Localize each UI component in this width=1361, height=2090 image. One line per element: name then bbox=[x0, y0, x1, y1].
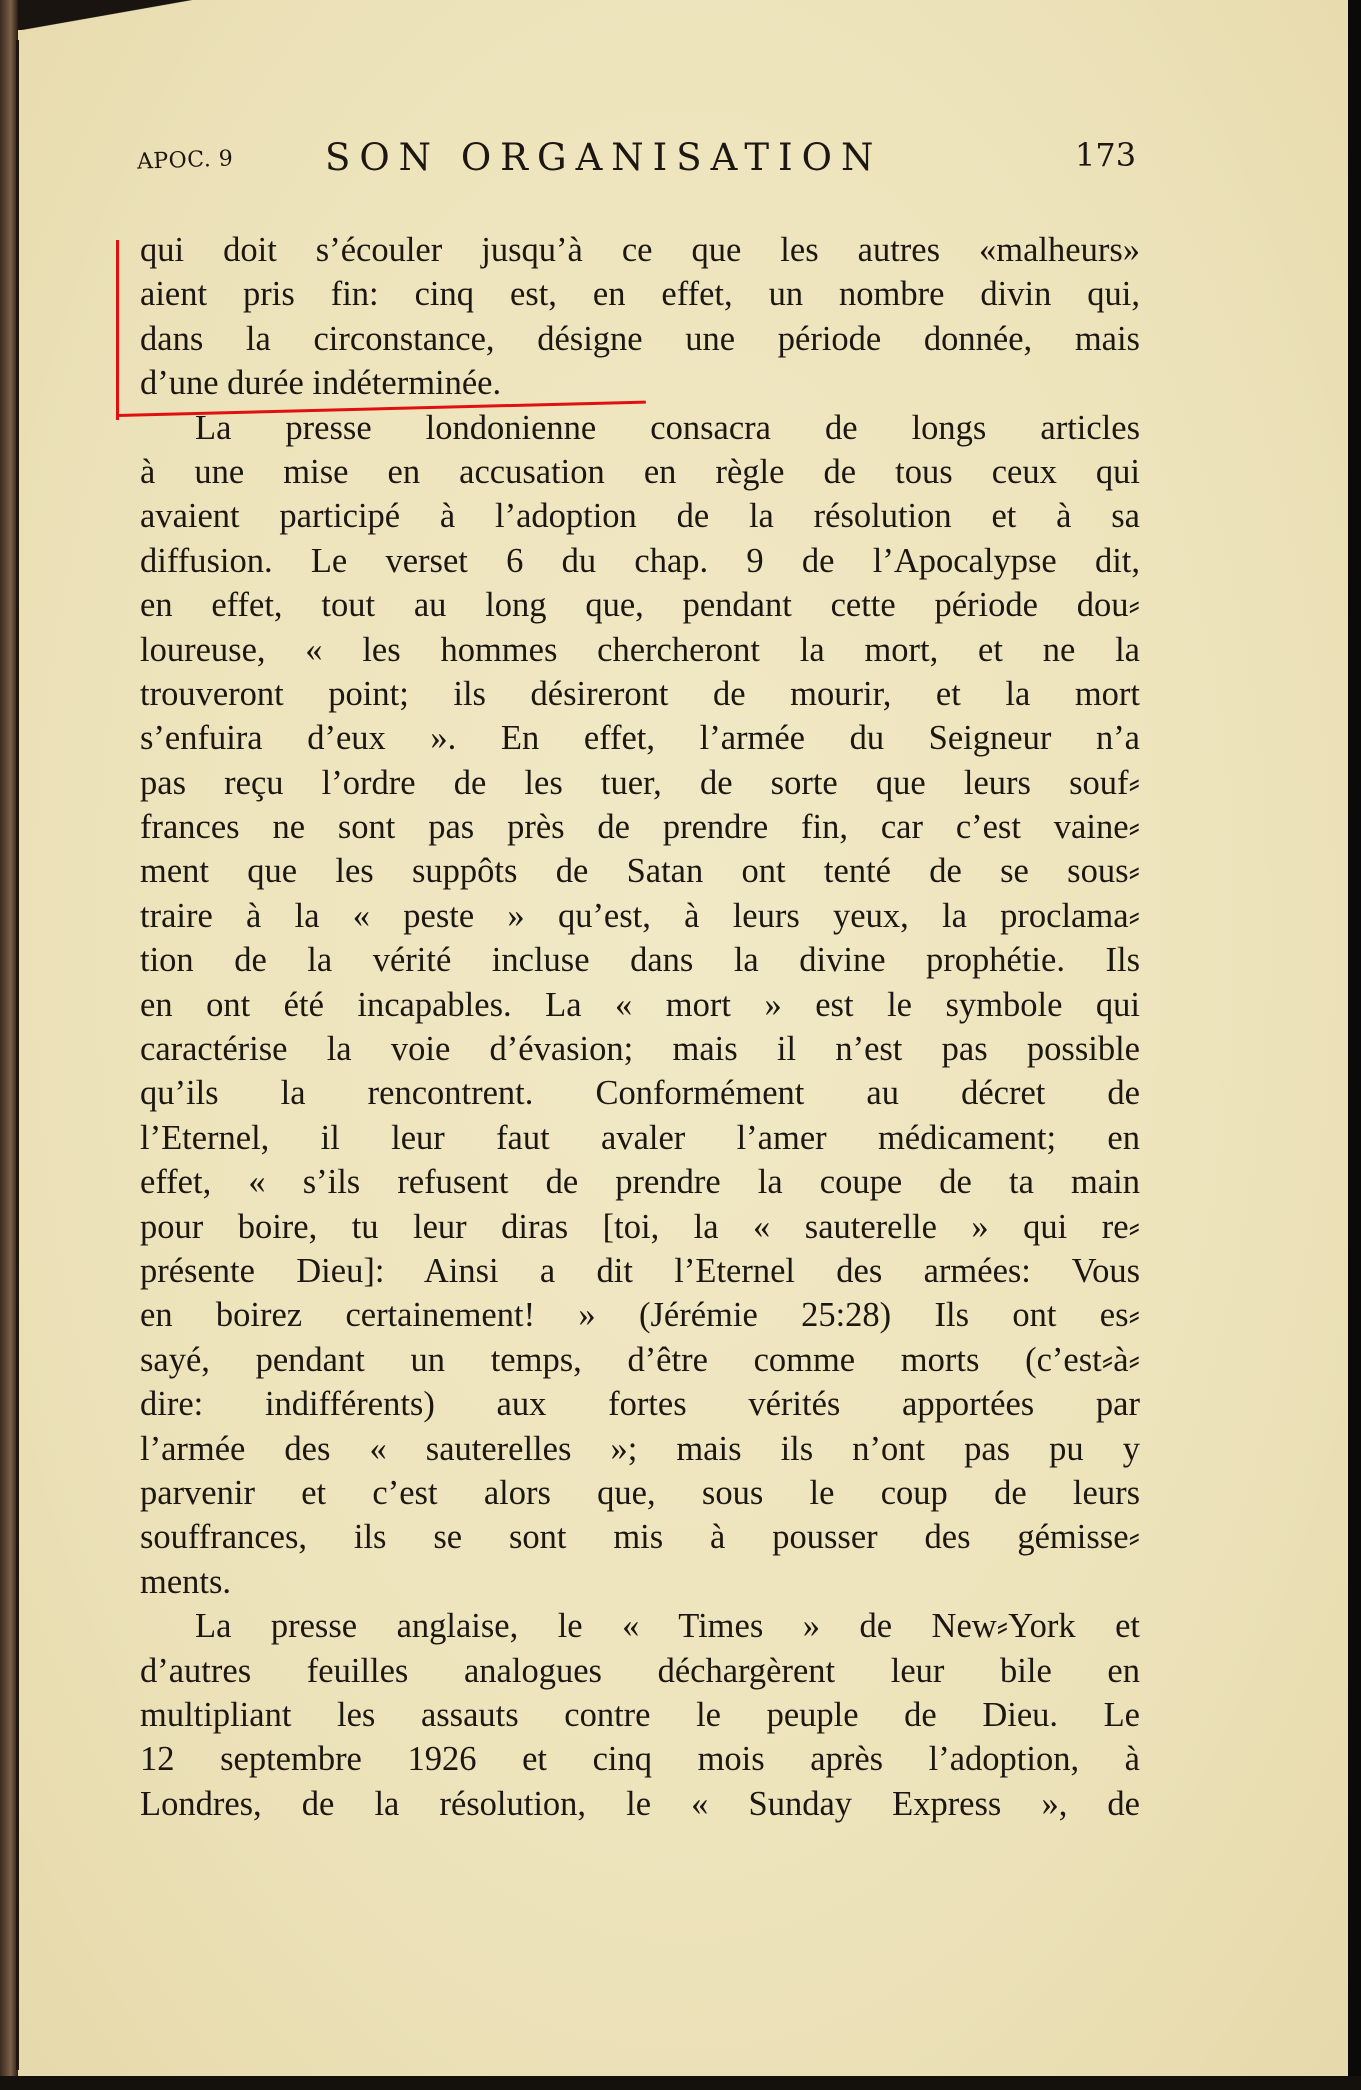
text-line: d’autres feuilles analogues déchargèrent… bbox=[140, 1649, 1140, 1693]
text-line: d’une durée indéterminée. bbox=[140, 361, 1140, 405]
text-line: trouveront point; ils désireront de mour… bbox=[140, 672, 1140, 716]
text-line: dire: indifférents) aux fortes vérités a… bbox=[140, 1382, 1140, 1426]
text-line: en boirez certainement! » (Jérémie 25:28… bbox=[140, 1293, 1140, 1337]
text-line: ment que les suppôts de Satan ont tenté … bbox=[140, 849, 1140, 893]
text-line: présente Dieu]: Ainsi a dit l’Eternel de… bbox=[140, 1249, 1140, 1293]
scan-right-border bbox=[1348, 0, 1361, 2090]
text-line: en effet, tout au long que, pendant cett… bbox=[140, 583, 1140, 627]
text-line: qui doit s’écouler jusqu’à ce que les au… bbox=[140, 228, 1140, 272]
text-line: tion de la vérité incluse dans la divine… bbox=[140, 938, 1140, 982]
text-line: sayé, pendant un temps, d’être comme mor… bbox=[140, 1338, 1140, 1382]
text-line: multipliant les assauts contre le peuple… bbox=[140, 1693, 1140, 1737]
text-line: pas reçu l’ordre de les tuer, de sorte q… bbox=[140, 761, 1140, 805]
text-line: La presse anglaise, le « Times » de New⸗… bbox=[140, 1604, 1140, 1648]
text-line: s’enfuira d’eux ». En effet, l’armée du … bbox=[140, 716, 1140, 760]
text-line: à une mise en accusation en règle de tou… bbox=[140, 450, 1140, 494]
page-number: 173 bbox=[1075, 136, 1136, 174]
page-title: SON ORGANISATION bbox=[325, 136, 882, 179]
running-head-chapter: APOC. 9 bbox=[137, 146, 234, 174]
paragraph: La presse anglaise, le « Times » de New⸗… bbox=[140, 1604, 1140, 1826]
text-line: dans la circonstance, désigne une périod… bbox=[140, 317, 1140, 361]
text-line: pour boire, tu leur diras [toi, la « sau… bbox=[140, 1205, 1140, 1249]
text-line: parvenir et c’est alors que, sous le cou… bbox=[140, 1471, 1140, 1515]
text-line: loureuse, « les hommes chercheront la mo… bbox=[140, 628, 1140, 672]
text-line: diffusion. Le verset 6 du chap. 9 de l’A… bbox=[140, 539, 1140, 583]
text-line: ments. bbox=[140, 1560, 1140, 1604]
scan-bottom-border bbox=[0, 2076, 1361, 2090]
text-line: souffrances, ils se sont mis à pousser d… bbox=[140, 1515, 1140, 1559]
text-line: en ont été incapables. La « mort » est l… bbox=[140, 983, 1140, 1027]
text-line: traire à la « peste » qu’est, à leurs ye… bbox=[140, 894, 1140, 938]
page-curl-shadow bbox=[18, 0, 278, 30]
text-line: caractérise la voie d’évasion; mais il n… bbox=[140, 1027, 1140, 1071]
page-header: APOC. 9 SON ORGANISATION 173 bbox=[0, 136, 1361, 176]
paragraph: qui doit s’écouler jusqu’à ce que les au… bbox=[140, 228, 1140, 406]
text-line: aient pris fin: cinq est, en effet, un n… bbox=[140, 272, 1140, 316]
red-annotation-bracket bbox=[116, 240, 119, 420]
text-line: l’armée des « sauterelles »; mais ils n’… bbox=[140, 1427, 1140, 1471]
text-line: avaient participé à l’adoption de la rés… bbox=[140, 494, 1140, 538]
paragraph: La presse londonienne consacra de longs … bbox=[140, 406, 1140, 1605]
text-line: qu’ils la rencontrent. Conformément au d… bbox=[140, 1071, 1140, 1115]
text-line: Londres, de la résolution, le « Sunday E… bbox=[140, 1782, 1140, 1826]
text-line: effet, « s’ils refusent de prendre la co… bbox=[140, 1160, 1140, 1204]
body-text: qui doit s’écouler jusqu’à ce que les au… bbox=[140, 228, 1140, 1826]
text-line: 12 septembre 1926 et cinq mois après l’a… bbox=[140, 1737, 1140, 1781]
text-line: l’Eternel, il leur faut avaler l’amer mé… bbox=[140, 1116, 1140, 1160]
text-line: frances ne sont pas près de prendre fin,… bbox=[140, 805, 1140, 849]
gutter-edge bbox=[16, 40, 19, 2070]
